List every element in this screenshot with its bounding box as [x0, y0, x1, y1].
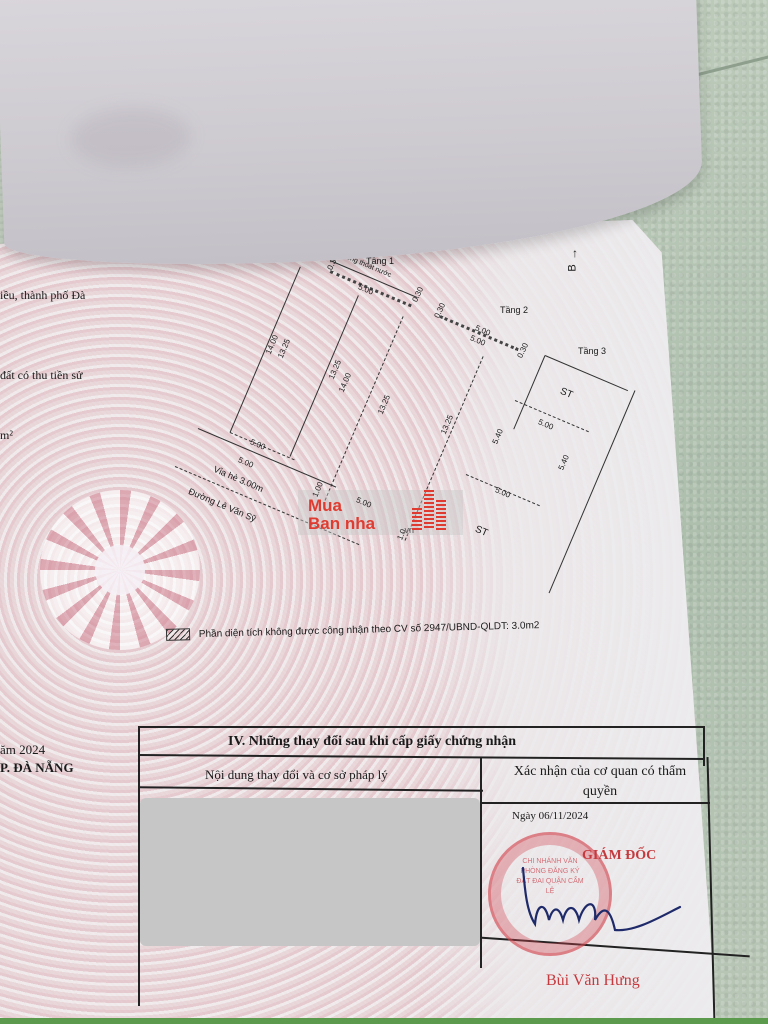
north-label: B — [567, 264, 579, 271]
signer-name: Bùi Văn Hưng — [546, 972, 640, 990]
confirm-date: Ngày 06/11/2024 — [512, 810, 588, 822]
bottom-edge-strip — [0, 1018, 768, 1024]
issuing-place-fragment: P. ĐÀ NẴNG — [0, 760, 74, 776]
changes-section-title: IV. Những thay đổi sau khi cấp giấy chứn… — [228, 734, 516, 750]
redacted-change-content — [140, 798, 480, 946]
col-content-header: Nội dung thay đổi và cơ sở pháp lý — [205, 767, 388, 783]
watermark-building-icon — [412, 490, 446, 530]
address-fragment: iều, thành phố Đà — [0, 288, 85, 303]
hatch-legend-icon — [166, 628, 190, 641]
issue-date-fragment: ăm 2024 — [0, 742, 45, 758]
col-confirm-header: Xác nhận của cơ quan có thẩm quyền — [505, 762, 695, 802]
watermark-bannha: Ban nha — [308, 516, 375, 532]
watermark-mua: Mua — [308, 498, 342, 514]
page-smudge — [70, 106, 192, 170]
table-right-border-top — [703, 726, 705, 766]
table-top-border — [138, 726, 703, 728]
bronze-drum-center — [95, 545, 145, 595]
area-unit-fragment: m² — [0, 428, 13, 443]
floor-2-label: Tầng 2 — [500, 305, 528, 315]
land-use-fragment: đất có thu tiền sử — [0, 368, 83, 383]
floor-3-label: Tầng 3 — [578, 346, 606, 356]
table-header-divider-right — [480, 802, 710, 804]
handwritten-signature — [515, 862, 685, 942]
north-arrow-icon: ↑ — [572, 246, 578, 260]
